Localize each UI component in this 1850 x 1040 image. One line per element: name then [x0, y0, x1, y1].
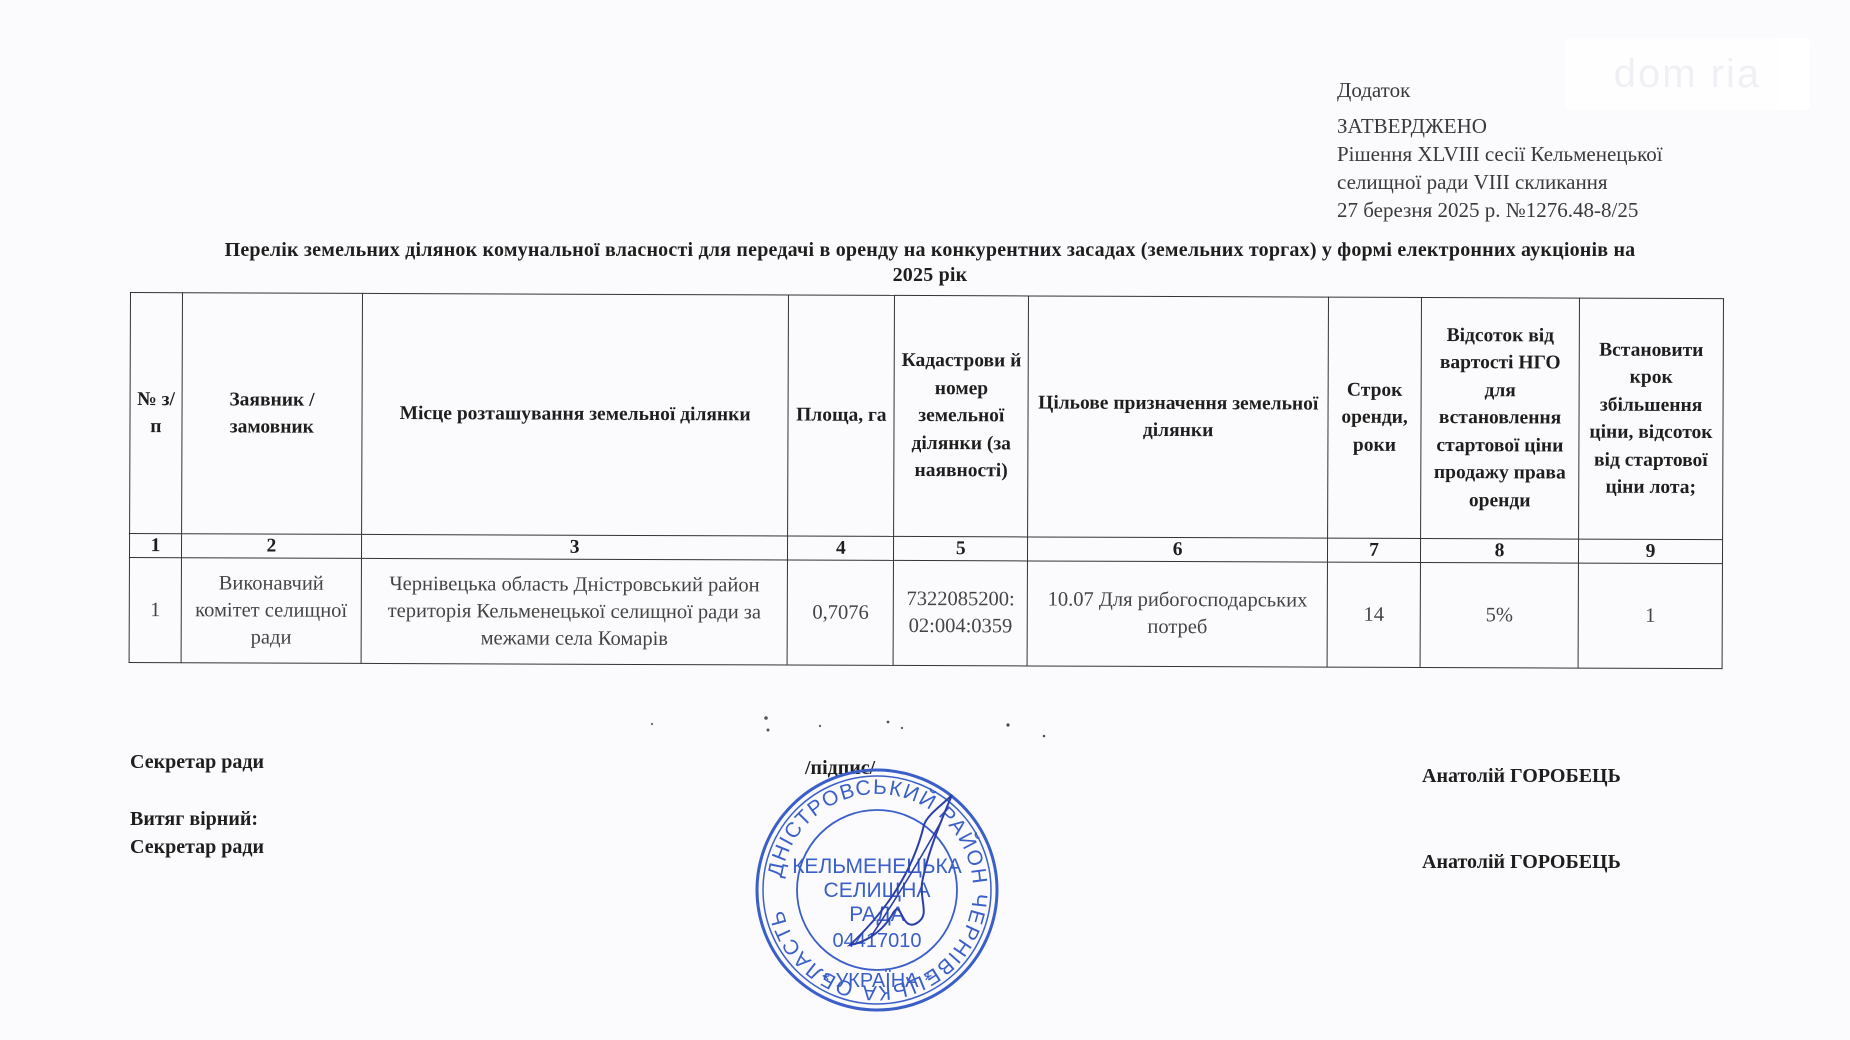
title-line-1: Перелік земельних ділянок комунальної вл…	[130, 238, 1730, 263]
header-purpose: Цільове призначення земельної ділянки	[1028, 296, 1329, 538]
cell-step: 1	[1578, 563, 1722, 669]
document-title: Перелік земельних ділянок комунальної вл…	[130, 238, 1730, 288]
column-number: 1	[129, 534, 181, 558]
approved-label: ЗАТВЕРДЖЕНО	[1337, 112, 1663, 140]
cell-purpose: 10.07 Для рибогосподарських потреб	[1027, 561, 1327, 667]
cell-area: 0,7076	[787, 560, 893, 665]
svg-text:* УКРАЇНА *: * УКРАЇНА *	[822, 970, 932, 992]
secretary-label: Секретар ради	[130, 751, 264, 774]
cell-cadastral: 7322085200: 02:004:0359	[893, 560, 1027, 666]
scan-specks	[640, 712, 1060, 740]
secretary-label-2: Секретар ради	[130, 836, 264, 859]
column-number: 9	[1578, 539, 1722, 564]
header-location: Місце розташування земельної ділянки	[361, 293, 788, 536]
column-number: 7	[1328, 538, 1421, 562]
header-area: Площа, га	[788, 295, 895, 536]
official-seal-icon: ДНІСТРОВСЬКИЙ РАЙОН ЧЕРНІВЕЦЬКА ОБЛАСТЬ …	[752, 765, 1002, 1015]
header-step: Встановити крок збільшення ціни, відсото…	[1579, 298, 1724, 540]
cell-applicant: Виконавчий комітет селищної ради	[181, 558, 361, 664]
column-number: 5	[894, 536, 1028, 561]
decision-line: Рішення XLVIII сесії Кельменецької	[1337, 140, 1663, 168]
header-term: Строк оренди, роки	[1328, 297, 1422, 538]
header-number: № з/п	[130, 293, 183, 534]
cell-term: 14	[1327, 562, 1420, 667]
column-number: 8	[1421, 538, 1579, 563]
svg-text:КЕЛЬМЕНЕЦЬКА: КЕЛЬМЕНЕЦЬКА	[792, 855, 962, 878]
column-number: 4	[788, 536, 894, 560]
cell-number: 1	[129, 557, 181, 662]
header-cadastral: Кадастрови й номер земельної ділянки (за…	[894, 295, 1029, 537]
cell-location: Чернівецька область Дністровський район …	[361, 558, 788, 665]
title-line-2: 2025 рік	[130, 263, 1730, 288]
council-line: селищної ради VIII скликання	[1337, 168, 1663, 196]
header-percent: Відсоток від вартості НГО для встановлен…	[1421, 297, 1580, 539]
land-plots-table: № з/п Заявник / замовник Місце розташува…	[129, 292, 1724, 669]
svg-text:РАДА: РАДА	[849, 903, 905, 926]
cell-percent: 5%	[1420, 562, 1578, 668]
column-number: 6	[1028, 537, 1328, 562]
secretary-name-2: Анатолій ГОРОБЕЦЬ	[1422, 851, 1621, 874]
table-row: 1 Виконавчий комітет селищної ради Черні…	[129, 557, 1722, 668]
decision-date: 27 березня 2025 р. №1276.48-8/25	[1337, 196, 1663, 224]
annex-label: Додаток	[1337, 76, 1663, 104]
approval-block: Додаток ЗАТВЕРДЖЕНО Рішення XLVIII сесії…	[1337, 76, 1663, 224]
svg-text:СЕЛИЩНА: СЕЛИЩНА	[824, 879, 931, 902]
column-number: 3	[361, 534, 788, 560]
header-applicant: Заявник / замовник	[182, 293, 363, 535]
secretary-name: Анатолій ГОРОБЕЦЬ	[1422, 765, 1621, 788]
true-copy-label: Витяг вірний:	[130, 808, 258, 831]
column-number: 2	[181, 534, 361, 559]
table-header-row: № з/п Заявник / замовник Місце розташува…	[130, 293, 1724, 540]
